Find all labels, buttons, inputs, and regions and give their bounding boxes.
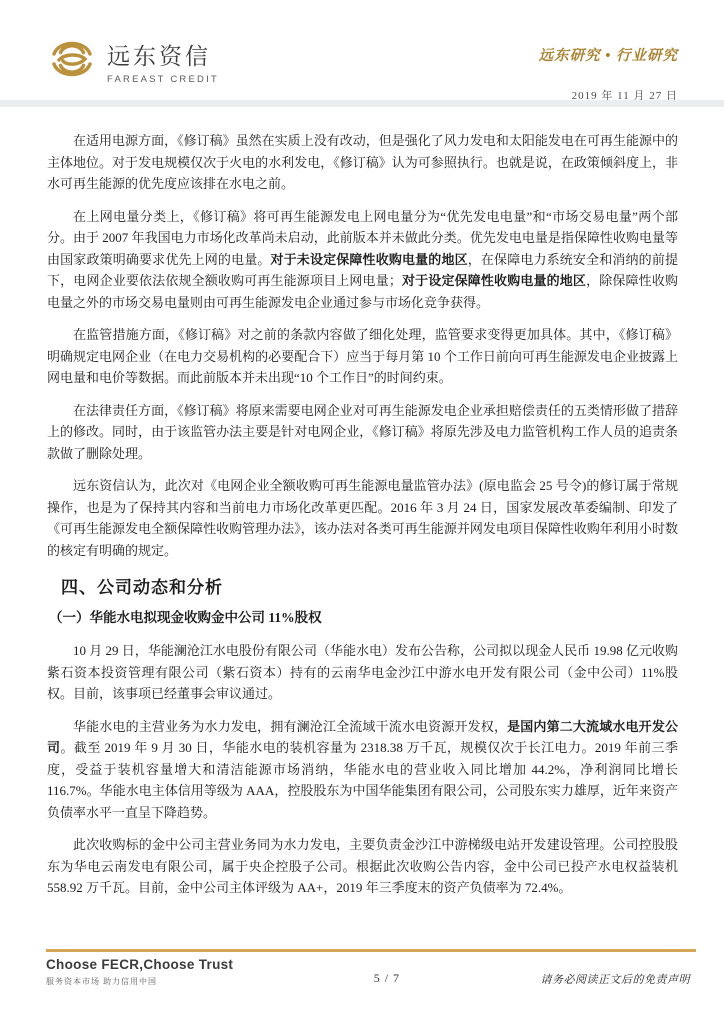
paragraph: 10 月 29 日，华能澜沧江水电股份有限公司（华能水电）发布公告称，公司拟以现… xyxy=(47,640,678,705)
header-separator xyxy=(0,100,724,107)
subsection-heading: （一）华能水电拟现金收购金中公司 11%股权 xyxy=(49,607,678,629)
footer-disclaimer: 请务必阅读正文后的免责声明 xyxy=(541,957,691,987)
section-heading: 四、公司动态和分析 xyxy=(61,577,678,599)
paragraph: 在上网电量分类上，《修订稿》将可再生能源发电上网电量分为“优先发电电量”和“市场… xyxy=(47,206,678,314)
page-number: 5 / 7 xyxy=(374,957,400,986)
body-text: 在适用电源方面，《修订稿》虽然在实质上没有改动，但是强化了风力发电和太阳能发电在… xyxy=(47,133,678,191)
body-text: 在监管措施方面，《修订稿》对之前的条款内容做了细化处理，监管要求变得更加具体。其… xyxy=(47,327,678,385)
brand-name-cn: 远东资信 xyxy=(107,38,219,71)
body-text: 10 月 29 日，华能澜沧江水电股份有限公司（华能水电）发布公告称，公司拟以现… xyxy=(47,643,678,701)
page-footer: Choose FECR,Choose Trust 服务资本市场 助力信用中国 5… xyxy=(46,957,690,987)
brand-text: 远东资信 FAREAST CREDIT xyxy=(107,38,219,85)
page-header: 远东资信 FAREAST CREDIT 远东研究 • 行业研究 2019 年 1… xyxy=(47,34,678,103)
footer-rule xyxy=(46,949,696,952)
report-series-label: 远东研究 • 行业研究 xyxy=(539,44,678,65)
body-text: 华能水电的主营业务为水力发电，拥有澜沧江全流域干流水电资源开发权， xyxy=(73,719,507,734)
footer-slogan-en: Choose FECR,Choose Trust xyxy=(46,957,233,972)
paragraph: 此次收购标的金中公司主营业务同为水力发电，主要负责金沙江中游梯级电站开发建设管理… xyxy=(47,834,678,899)
paragraph: 在适用电源方面，《修订稿》虽然在实质上没有改动，但是强化了风力发电和太阳能发电在… xyxy=(47,130,678,195)
paragraph: 在监管措施方面，《修订稿》对之前的条款内容做了细化处理，监管要求变得更加具体。其… xyxy=(47,324,678,389)
header-meta: 远东研究 • 行业研究 2019 年 11 月 27 日 xyxy=(539,34,678,103)
document-body: 在适用电源方面，《修订稿》虽然在实质上没有改动，但是强化了风力发电和太阳能发电在… xyxy=(47,130,678,910)
footer-slogan: Choose FECR,Choose Trust 服务资本市场 助力信用中国 xyxy=(46,957,233,987)
body-text: 。截至 2019 年 9 月 30 日，华能水电的装机容量为 2318.38 万… xyxy=(47,740,678,820)
paragraph: 在法律责任方面，《修订稿》将原来需要电网企业对可再生能源发电企业承担赔偿责任的五… xyxy=(47,400,678,465)
paragraph: 华能水电的主营业务为水力发电，拥有澜沧江全流域干流水电资源开发权，是国内第二大流… xyxy=(47,716,678,824)
body-text: 此次收购标的金中公司主营业务同为水力发电，主要负责金沙江中游梯级电站开发建设管理… xyxy=(47,837,678,895)
body-text: 远东资信认为，此次对《电网企业全额收购可再生能源电量监管办法》(原电监会 25 … xyxy=(47,478,678,558)
fareast-credit-logo-icon xyxy=(47,34,97,89)
emphasized-text: 对于未设定保障性收购电量的地区 xyxy=(271,252,468,267)
footer-slogan-cn: 服务资本市场 助力信用中国 xyxy=(46,976,233,987)
paragraph: 远东资信认为，此次对《电网企业全额收购可再生能源电量监管办法》(原电监会 25 … xyxy=(47,475,678,561)
emphasized-text: 对于设定保障性收购电量的地区 xyxy=(402,273,586,288)
brand-name-en: FAREAST CREDIT xyxy=(107,74,219,85)
body-text: 在法律责任方面，《修订稿》将原来需要电网企业对可再生能源发电企业承担赔偿责任的五… xyxy=(47,403,678,461)
brand-logo: 远东资信 FAREAST CREDIT xyxy=(47,34,219,89)
report-page: 远东资信 FAREAST CREDIT 远东研究 • 行业研究 2019 年 1… xyxy=(0,0,724,1024)
